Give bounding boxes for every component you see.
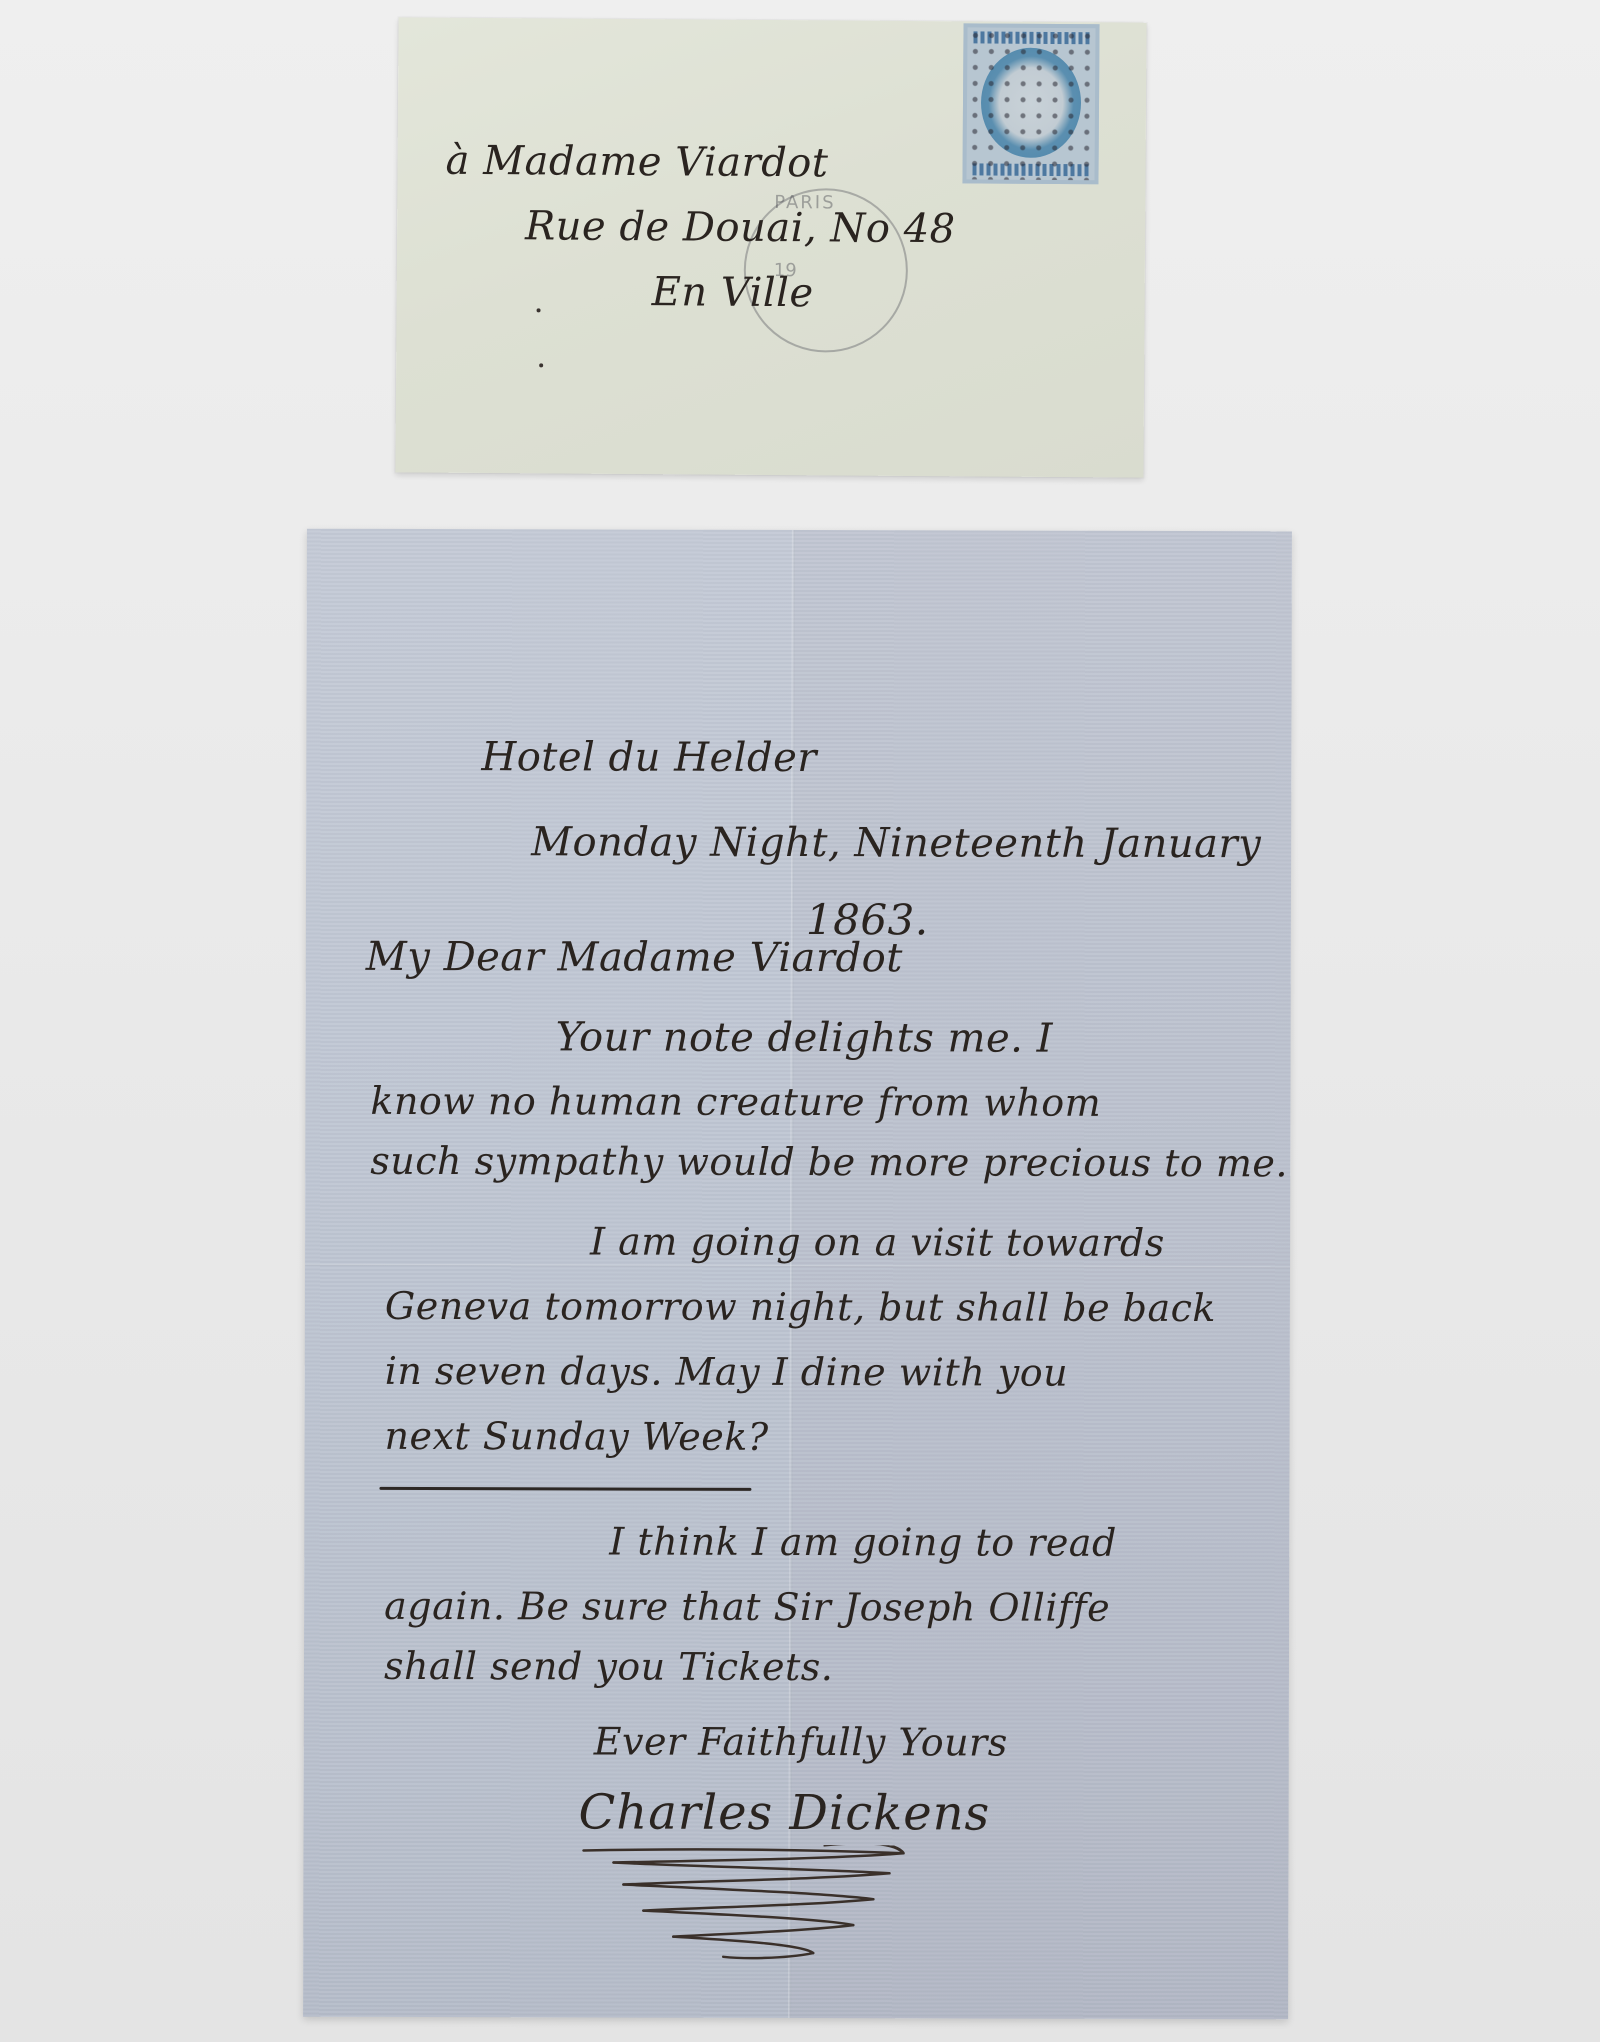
paragraph-3-line-3: shall send you Tickets. [384,1644,834,1689]
stamp-cancellation-icon [966,27,1095,180]
paragraph-1-line-3: such sympathy would be more precious to … [370,1139,1288,1185]
paragraph-1-line-2: know no human creature from whom [370,1079,1101,1125]
letter-closing: Ever Faithfully Yours [594,1719,1008,1764]
paragraph-3-line-1: I think I am going to read [609,1520,1117,1565]
ink-dot [539,363,543,367]
envelope-address-line-3: En Ville [652,269,814,316]
letter-salutation: My Dear Madame Viardot [366,934,903,981]
signature-flourish-icon [573,1844,913,1975]
letter-heading-address: Hotel du Helder [481,734,817,781]
postage-stamp [962,23,1099,184]
envelope-address-line-2: Rue de Douai, No 48 [525,203,956,252]
handwritten-letter: Hotel du Helder Monday Night, Nineteenth… [303,529,1292,2020]
paragraph-2-line-4: next Sunday Week? [385,1414,769,1459]
underline-stroke [379,1487,751,1491]
envelope: PARIS 19 à Madame Viardot Rue de Douai, … [395,17,1146,477]
letter-signature: Charles Dickens [579,1784,991,1841]
paragraph-3-line-2: again. Be sure that Sir Joseph Olliffe [384,1584,1110,1630]
envelope-address-line-1: à Madame Viardot [445,138,828,187]
paragraph-2-line-3: in seven days. May I dine with you [385,1349,1068,1395]
letter-heading-date: Monday Night, Nineteenth January [531,819,1261,867]
paragraph-2-line-1: I am going on a visit towards [590,1219,1165,1265]
paragraph-2-line-2: Geneva tomorrow night, but shall be back [385,1284,1216,1330]
ink-dot [537,308,541,312]
paragraph-1-line-1: Your note delights me. I [556,1014,1053,1061]
